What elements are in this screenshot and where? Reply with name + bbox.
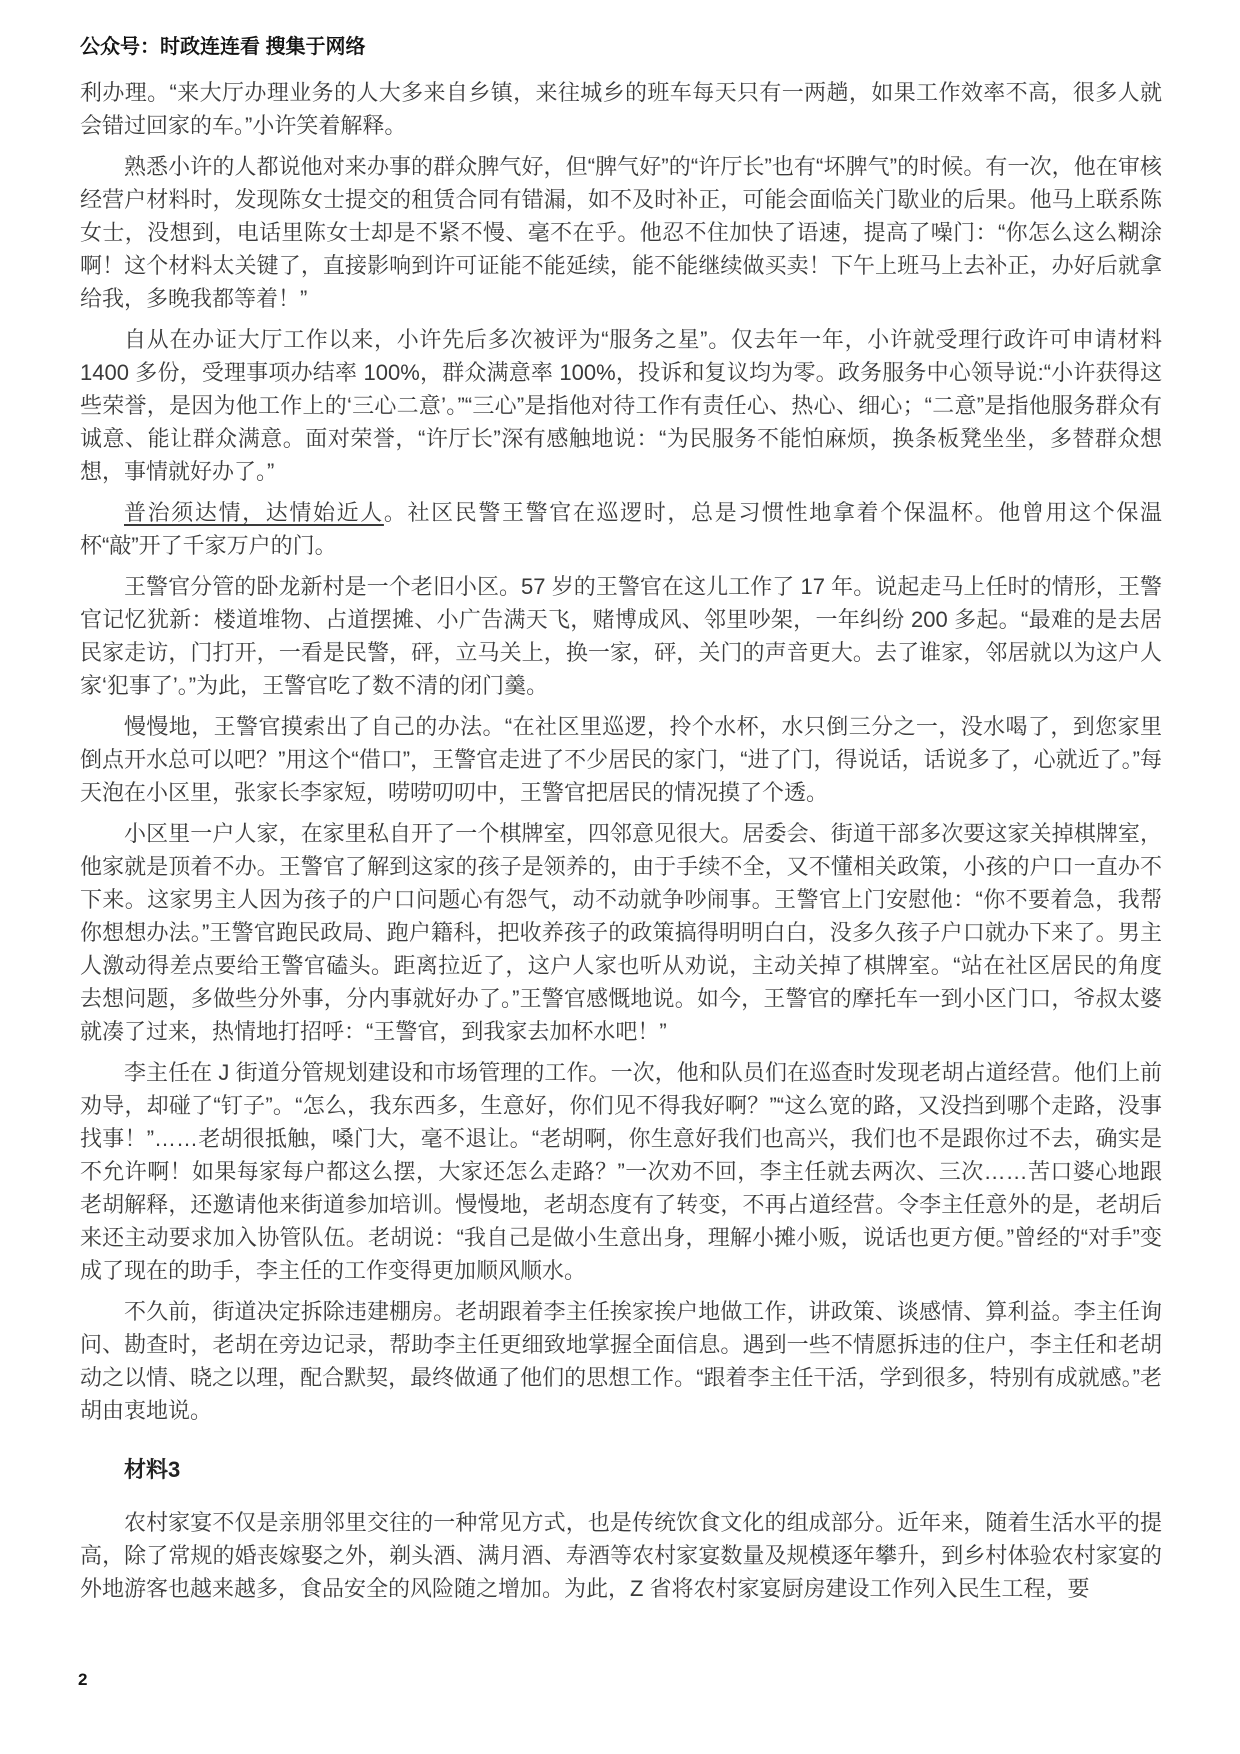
paragraph: 利办理。“来大厅办理业务的人大多来自乡镇，来往城乡的班车每天只有一两趟，如果工作… xyxy=(80,76,1162,142)
paragraph: 小区里一户人家，在家里私自开了一个棋牌室，四邻意见很大。居委会、街道干部多次要这… xyxy=(80,817,1162,1048)
document-header: 公众号：时政连连看 搜集于网络 xyxy=(80,34,1162,60)
paragraph: 慢慢地，王警官摸索出了自己的办法。“在社区里巡逻，拎个水杯，水只倒三分之一，没水… xyxy=(80,710,1162,809)
document-page: 公众号：时政连连看 搜集于网络 利办理。“来大厅办理业务的人大多来自乡镇，来往城… xyxy=(0,0,1240,1754)
section-heading-material-3: 材料3 xyxy=(80,1453,1162,1486)
underlined-phrase: 普治须达情，达情始近人 xyxy=(124,500,384,525)
paragraph: 王警官分管的卧龙新村是一个老旧小区。57 岁的王警官在这儿工作了 17 年。说起… xyxy=(80,570,1162,702)
paragraph: 不久前，街道决定拆除违建棚房。老胡跟着李主任挨家挨户地做工作，讲政策、谈感情、算… xyxy=(80,1295,1162,1427)
paragraph: 普治须达情，达情始近人。社区民警王警官在巡逻时，总是习惯性地拿着个保温杯。他曾用… xyxy=(80,496,1162,562)
paragraph: 农村家宴不仅是亲朋邻里交往的一种常见方式，也是传统饮食文化的组成部分。近年来，随… xyxy=(80,1506,1162,1605)
page-number: 2 xyxy=(78,1670,87,1690)
paragraph: 熟悉小许的人都说他对来办事的群众脾气好，但“脾气好”的“许厅长”也有“坏脾气”的… xyxy=(80,150,1162,315)
document-content: 公众号：时政连连看 搜集于网络 利办理。“来大厅办理业务的人大多来自乡镇，来往城… xyxy=(80,34,1162,1613)
paragraph: 自从在办证大厅工作以来，小许先后多次被评为“服务之星”。仅去年一年，小许就受理行… xyxy=(80,323,1162,488)
paragraph: 李主任在 J 街道分管规划建设和市场管理的工作。一次，他和队员们在巡查时发现老胡… xyxy=(80,1056,1162,1287)
